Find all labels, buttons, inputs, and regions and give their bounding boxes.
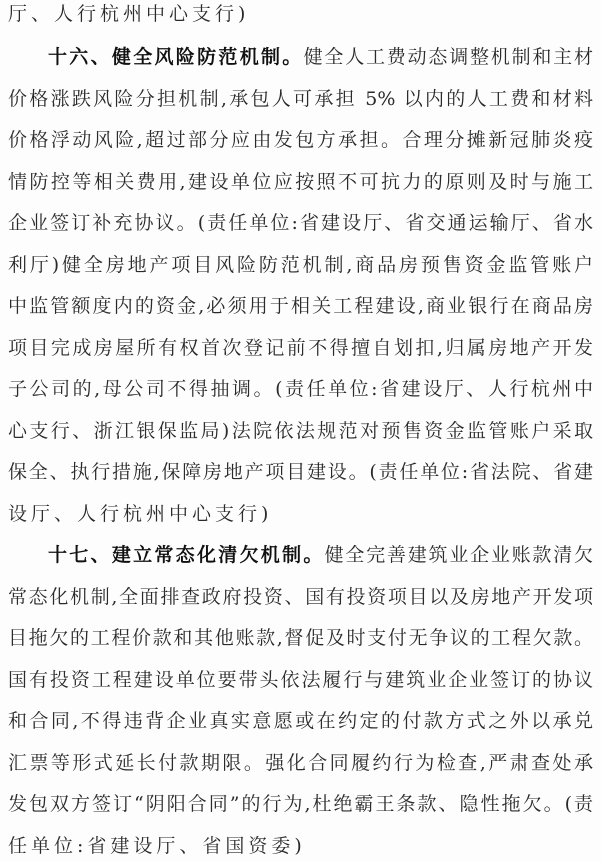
line-text: 常态化机制,全面排查政府投资、国有投资项目以及房地产开发项 [8,586,593,608]
line-text: 价格涨跌风险分担机制,承包人可承担 5% 以内的人工费和材料 [8,88,593,110]
text-line: 发包双方签订“阴阳合同”的行为,杜绝霸王条款、隐性拖欠。(责 [8,790,593,818]
line-text: 子公司的,母公司不得抽调。(责任单位:省建设厅、人行杭州中 [8,378,593,400]
line-text: 和合同,不得违背企业真实意愿或在约定的付款方式之外以承兑 [8,710,593,732]
text-line: 目拖欠的工程价款和其他账款,督促及时支付无争议的工程欠款。 [8,624,593,652]
section-heading: 十七、建立常态化清欠机制。 [48,544,325,566]
line-text: 厅、人行杭州中心支行) [8,3,249,25]
line-text: 中监管额度内的资金,必须用于相关工程建设,商业银行在商品房 [8,295,593,317]
text-line: 利厅)健全房地产项目风险防范机制,商品房预售资金监管账户 [8,251,593,279]
text-line: 子公司的,母公司不得抽调。(责任单位:省建设厅、人行杭州中 [8,375,593,403]
line-text: 企业签订补充协议。(责任单位:省建设厅、省交通运输厅、省水 [8,212,593,234]
section-16-heading-line: 十六、健全风险防范机制。健全人工费动态调整机制和主材 [48,43,593,71]
line-text: 心支行、浙江银保监局)法院依法规范对预售资金监管账户采取 [8,420,593,442]
line-text: 设厅、人行杭州中心支行) [8,503,272,525]
section-17-heading-line: 十七、建立常态化清欠机制。健全完善建筑业企业账款清欠 [48,541,593,569]
text-line: 任单位:省建设厅、省国资委) [8,832,593,860]
line-text: 健全人工费动态调整机制和主材 [304,46,593,68]
section-heading: 十六、健全风险防范机制。 [48,46,304,68]
document-page: 厅、人行杭州中心支行) 十六、健全风险防范机制。健全人工费动态调整机制和主材 价… [0,0,601,861]
line-text: 目拖欠的工程价款和其他账款,督促及时支付无争议的工程欠款。 [8,627,593,649]
text-line: 厅、人行杭州中心支行) [8,0,593,28]
text-line: 价格涨跌风险分担机制,承包人可承担 5% 以内的人工费和材料 [8,85,593,113]
text-line: 保全、执行措施,保障房地产项目建设。(责任单位:省法院、省建 [8,458,593,486]
line-text: 保全、执行措施,保障房地产项目建设。(责任单位:省法院、省建 [8,461,593,483]
text-line: 汇票等形式延长付款期限。强化合同履约行为检查,严肃查处承 [8,749,593,777]
text-line: 情防控等相关费用,建设单位应按照不可抗力的原则及时与施工 [8,168,593,196]
line-text: 健全完善建筑业企业账款清欠 [325,544,593,566]
line-text: 国有投资工程建设单位要带头依法履行与建筑业企业签订的协议 [8,669,593,691]
text-line: 项目完成房屋所有权首次登记前不得擅自划扣,归属房地产开发 [8,334,593,362]
text-line: 价格浮动风险,超过部分应由发包方承担。合理分摊新冠肺炎疫 [8,126,593,154]
line-text: 汇票等形式延长付款期限。强化合同履约行为检查,严肃查处承 [8,752,593,774]
text-line: 中监管额度内的资金,必须用于相关工程建设,商业银行在商品房 [8,292,593,320]
line-text: 利厅)健全房地产项目风险防范机制,商品房预售资金监管账户 [8,254,593,276]
line-text: 价格浮动风险,超过部分应由发包方承担。合理分摊新冠肺炎疫 [8,129,593,151]
text-line: 企业签订补充协议。(责任单位:省建设厅、省交通运输厅、省水 [8,209,593,237]
line-text: 发包双方签订“阴阳合同”的行为,杜绝霸王条款、隐性拖欠。(责 [8,793,593,815]
text-line: 设厅、人行杭州中心支行) [8,500,593,528]
line-text: 情防控等相关费用,建设单位应按照不可抗力的原则及时与施工 [8,171,593,193]
text-line: 常态化机制,全面排查政府投资、国有投资项目以及房地产开发项 [8,583,593,611]
text-line: 国有投资工程建设单位要带头依法履行与建筑业企业签订的协议 [8,666,593,694]
text-line: 心支行、浙江银保监局)法院依法规范对预售资金监管账户采取 [8,417,593,445]
line-text: 任单位:省建设厅、省国资委) [8,835,306,857]
line-text: 项目完成房屋所有权首次登记前不得擅自划扣,归属房地产开发 [8,337,593,359]
text-line: 和合同,不得违背企业真实意愿或在约定的付款方式之外以承兑 [8,707,593,735]
